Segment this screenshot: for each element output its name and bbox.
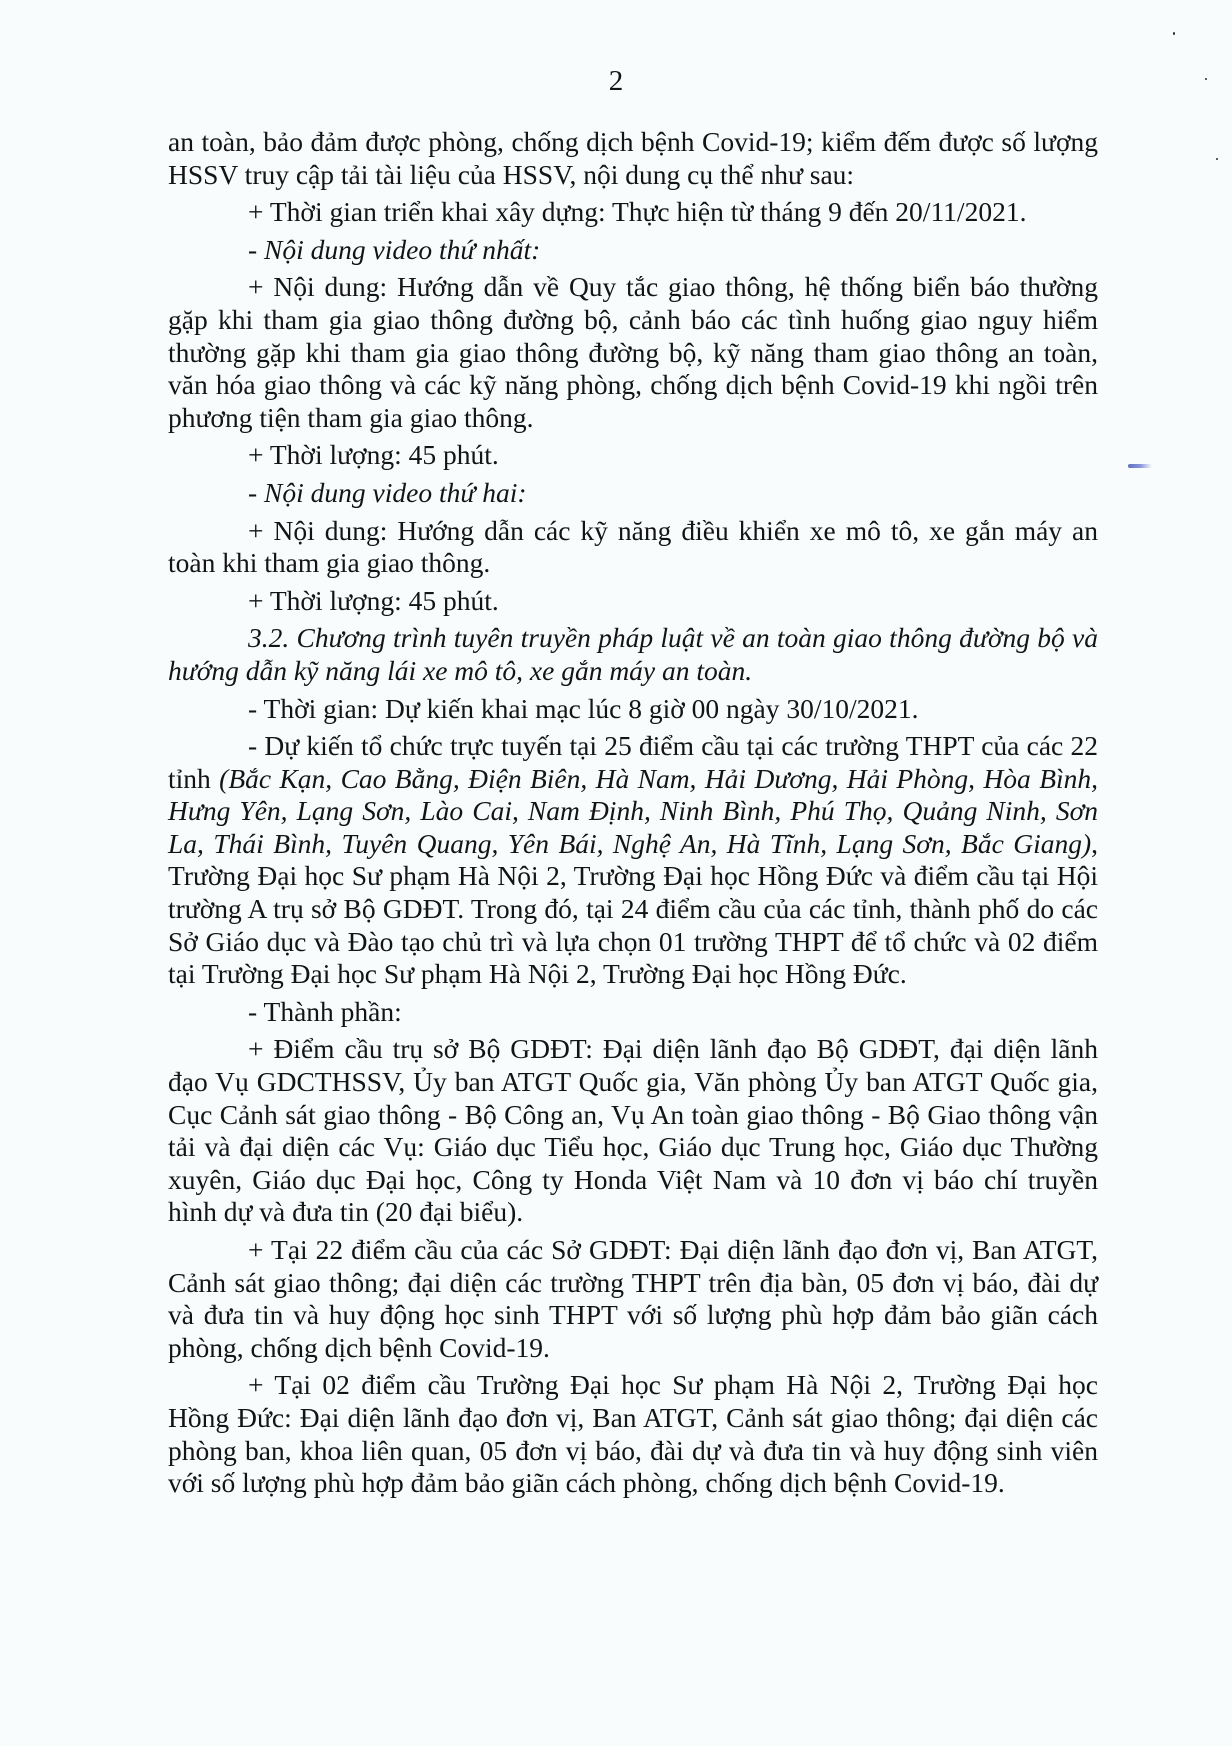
paragraph-university-bridges: + Tại 02 điểm cầu Trường Đại học Sư phạm… <box>168 1369 1098 1499</box>
scan-ink-mark <box>1128 464 1152 468</box>
paragraph-video-two-content: + Nội dung: Hướng dẫn các kỹ năng điều k… <box>168 515 1098 580</box>
province-list: (Bắc Kạn, Cao Bằng, Điện Biên, Hà Nam, H… <box>168 763 1098 859</box>
page-number: 2 <box>0 64 1232 98</box>
scan-speck <box>1216 158 1218 160</box>
paragraph-event-time: - Thời gian: Dự kiến khai mạc lúc 8 giờ … <box>168 693 1098 726</box>
paragraph-bridge-points: - Dự kiến tổ chức trực tuyến tại 25 điểm… <box>168 730 1098 991</box>
scan-speck <box>1205 78 1207 80</box>
heading-video-one: - Nội dung video thứ nhất: <box>168 234 1098 267</box>
paragraph-ministry-bridge: + Điểm cầu trụ sở Bộ GDĐT: Đại diện lãnh… <box>168 1033 1098 1229</box>
paragraph-video-two-duration: + Thời lượng: 45 phút. <box>168 585 1098 618</box>
paragraph-video-one-duration: + Thời lượng: 45 phút. <box>168 439 1098 472</box>
paragraph-continuation: an toàn, bảo đảm được phòng, chống dịch … <box>168 126 1098 191</box>
paragraph-build-timeline: + Thời gian triển khai xây dựng: Thực hi… <box>168 196 1098 229</box>
section-heading-3-2: 3.2. Chương trình tuyên truyền pháp luật… <box>168 622 1098 687</box>
scan-speck <box>1173 32 1175 35</box>
document-body: an toàn, bảo đảm được phòng, chống dịch … <box>168 126 1098 1505</box>
paragraph-participants-label: - Thành phần: <box>168 996 1098 1029</box>
paragraph-department-bridges: + Tại 22 điểm cầu của các Sở GDĐT: Đại d… <box>168 1234 1098 1364</box>
heading-video-two: - Nội dung video thứ hai: <box>168 477 1098 510</box>
paragraph-video-one-content: + Nội dung: Hướng dẫn về Quy tắc giao th… <box>168 271 1098 434</box>
